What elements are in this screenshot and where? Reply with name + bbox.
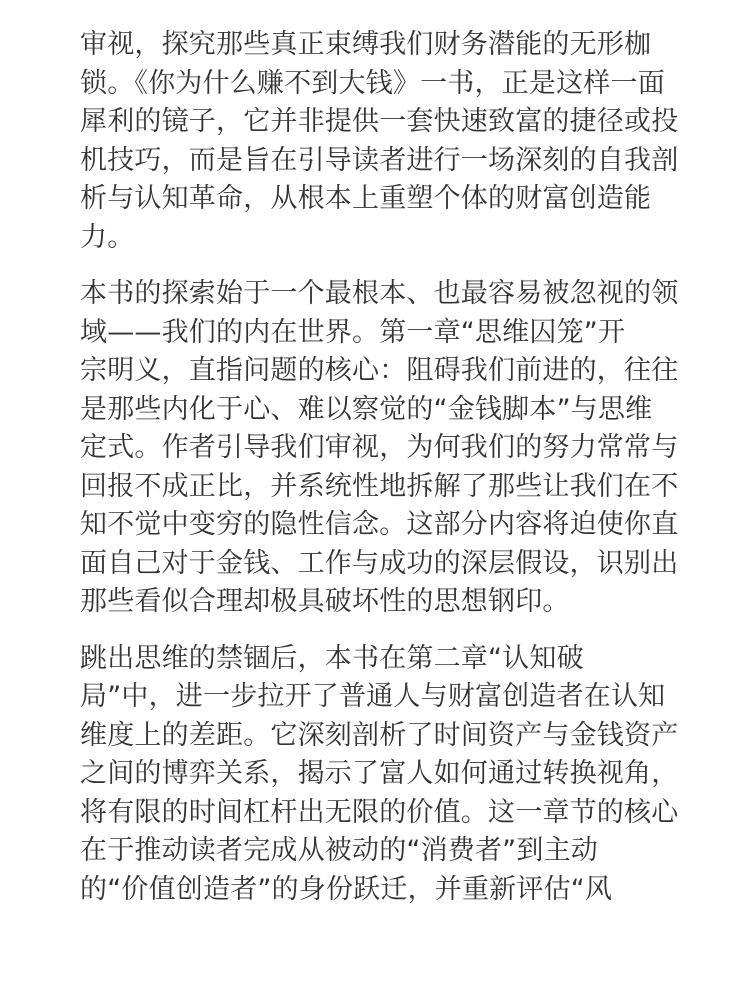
text-line: 回报不成正比，并系统性地拆解了那些让我们在不	[80, 468, 680, 507]
text-line: 是那些内化于心、难以察觉的“金钱脚本”与思维	[80, 391, 680, 430]
article-body: 审视，探究那些真正束缚我们财务潜能的无形枷 锁。《你为什么赚不到大钱》一书，正是…	[80, 26, 680, 927]
text-line: 力。	[80, 219, 680, 258]
text-line: 将有限的时间杠杆出无限的价值。这一章节的核心	[80, 794, 680, 833]
text-line: 知不觉中变穷的隐性信念。这部分内容将迫使你直	[80, 506, 680, 545]
text-line: 维度上的差距。它深刻剖析了时间资产与金钱资产	[80, 717, 680, 756]
text-line: 面自己对于金钱、工作与成功的深层假设，识别出	[80, 545, 680, 584]
text-line: 锁。《你为什么赚不到大钱》一书，正是这样一面	[80, 65, 680, 104]
text-line: 的“价值创造者”的身份跃迁，并重新评估“风	[80, 871, 680, 910]
text-line: 那些看似合理却极具破坏性的思想钢印。	[80, 583, 680, 622]
text-line: 犀利的镜子，它并非提供一套快速致富的捷径或投	[80, 103, 680, 142]
text-line: 跳出思维的禁锢后，本书在第二章“认知破	[80, 640, 680, 679]
paragraph-1: 审视，探究那些真正束缚我们财务潜能的无形枷 锁。《你为什么赚不到大钱》一书，正是…	[80, 26, 680, 257]
text-line: 在于推动读者完成从被动的“消费者”到主动	[80, 832, 680, 871]
paragraph-3: 跳出思维的禁锢后，本书在第二章“认知破 局”中，进一步拉开了普通人与财富创造者在…	[80, 640, 680, 910]
text-line: 析与认知革命，从根本上重塑个体的财富创造能	[80, 180, 680, 219]
text-line: 定式。作者引导我们审视，为何我们的努力常常与	[80, 429, 680, 468]
text-line: 审视，探究那些真正束缚我们财务潜能的无形枷	[80, 26, 680, 65]
text-line: 局”中，进一步拉开了普通人与财富创造者在认知	[80, 678, 680, 717]
text-line: 机技巧，而是旨在引导读者进行一场深刻的自我剖	[80, 142, 680, 181]
text-line: 之间的博弈关系，揭示了富人如何通过转换视角，	[80, 755, 680, 794]
text-line: 域——我们的内在世界。第一章“思维囚笼”开	[80, 314, 680, 353]
text-line: 本书的探索始于一个最根本、也最容易被忽视的领	[80, 275, 680, 314]
text-line: 宗明义，直指问题的核心：阻碍我们前进的，往往	[80, 352, 680, 391]
paragraph-2: 本书的探索始于一个最根本、也最容易被忽视的领 域——我们的内在世界。第一章“思维…	[80, 275, 680, 622]
